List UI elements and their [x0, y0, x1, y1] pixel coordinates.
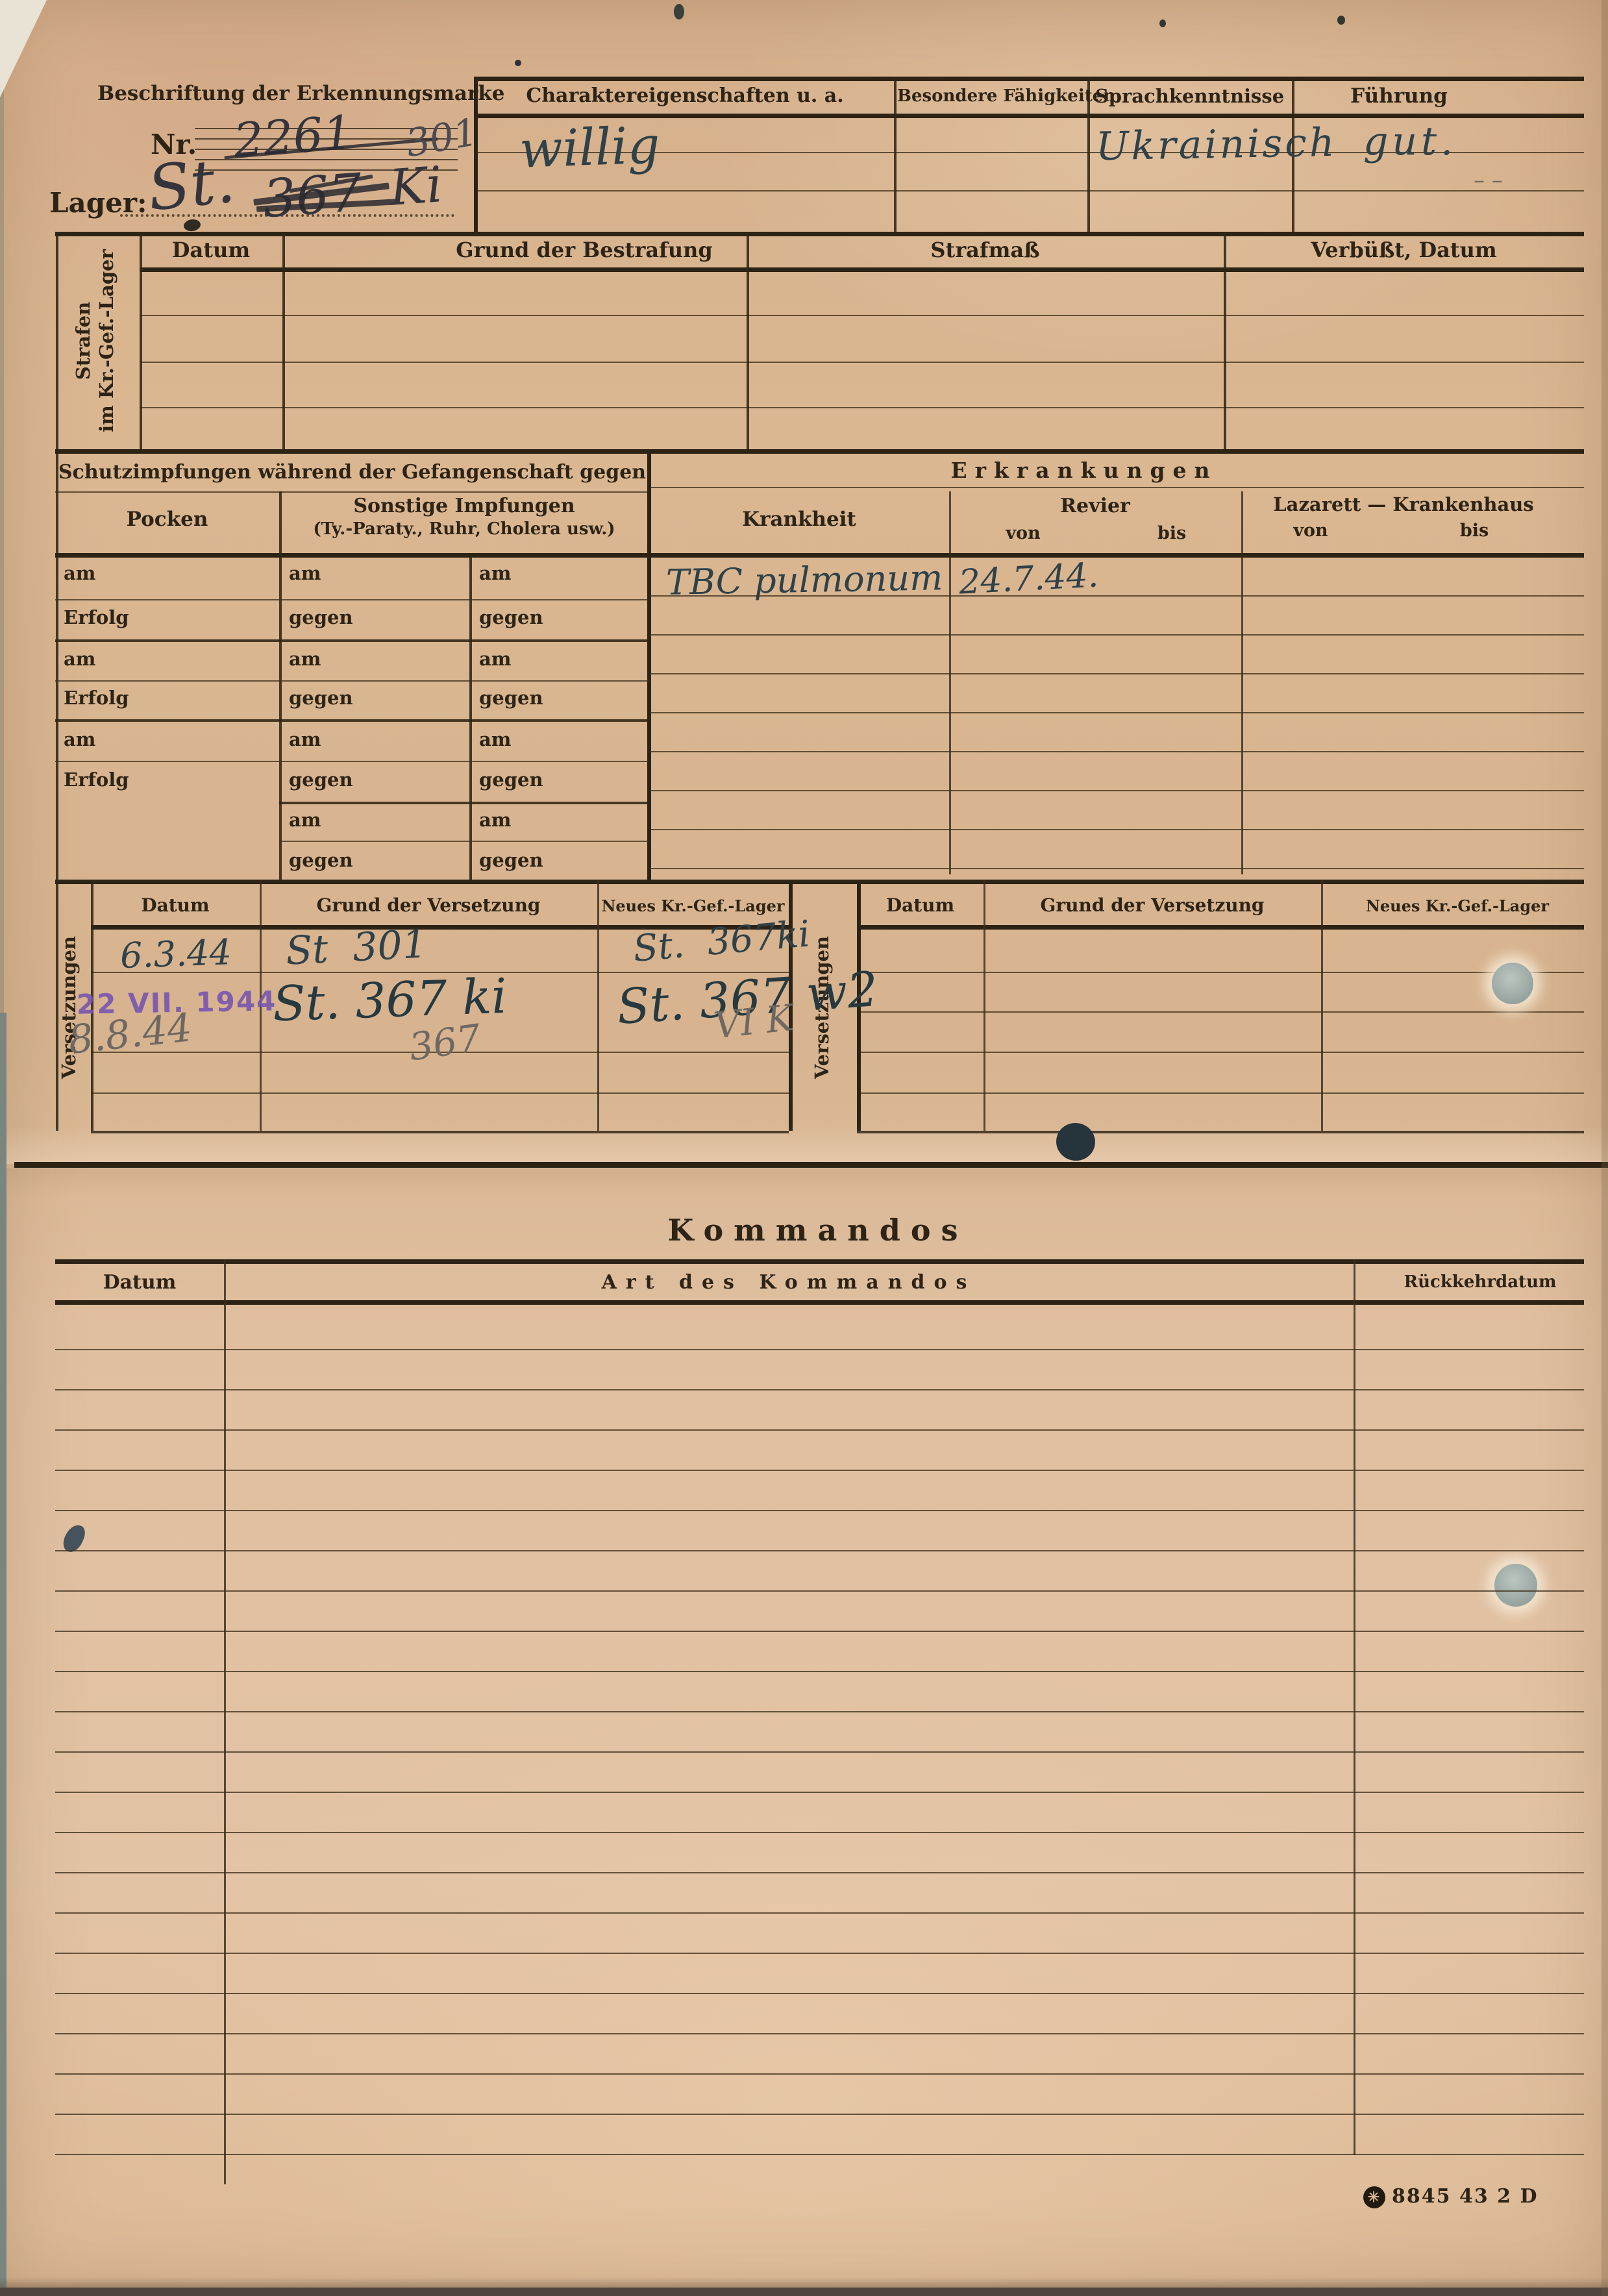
id-block-title: Beschriftung der Erkennungsmarke: [97, 82, 467, 105]
column-rule: [1224, 232, 1226, 449]
vacc-label-am: am: [289, 728, 321, 750]
fold-shadow: [0, 1168, 1608, 1196]
rule: [55, 1510, 1584, 1511]
rule: [55, 639, 649, 642]
rule: [649, 487, 1584, 488]
illnesses-revier-bis: bis: [1107, 523, 1237, 543]
vacc-label-am: am: [64, 562, 95, 584]
rule: [55, 1711, 1584, 1712]
rule: [55, 2073, 1584, 2075]
conduct-pencil-marks: – –: [1474, 167, 1503, 193]
rule: [140, 267, 1584, 272]
fold-crease: [0, 1126, 1608, 1164]
vacc-label-gegen: gegen: [289, 849, 353, 871]
rule: [55, 1912, 1584, 1914]
transfer-row3-grund-pencil: 367: [406, 1016, 484, 1070]
rule: [55, 1429, 1584, 1431]
transfer-row1-grund-handwritten: St 301: [284, 921, 428, 974]
column-rule: [747, 232, 749, 449]
vacc-label-gegen: gegen: [479, 849, 543, 871]
ink-spot: [674, 4, 684, 19]
rule: [649, 868, 1584, 869]
vacc-label-am: am: [289, 648, 321, 670]
illnesses-header-lazarett: Lazarett — Krankenhaus: [1241, 493, 1566, 515]
rule: [140, 315, 1584, 316]
rule: [474, 77, 1584, 81]
pow-record-card: Beschriftung der Erkennungsmarke Nr. 226…: [0, 0, 1608, 2296]
illnesses-title: Erkrankungen: [649, 458, 1519, 483]
rule: [55, 680, 649, 682]
column-rule: [140, 232, 142, 449]
rule: [649, 634, 1584, 636]
rule: [649, 712, 1584, 713]
rule: [55, 1470, 1584, 1471]
punch-hole: [1494, 1564, 1537, 1607]
kommandos-header-rueckkehr: Rückkehrdatum: [1363, 1272, 1597, 1292]
column-rule: [474, 77, 478, 232]
vacc-label-erfolg: Erfolg: [64, 769, 129, 791]
punch-hole: [1492, 963, 1533, 1004]
lager-value-suffix-handwritten: Ki: [388, 155, 444, 216]
vaccinations-header-sonstige: Sonstige Impfungen: [279, 495, 649, 517]
rule: [55, 491, 649, 493]
ink-spot: [515, 60, 521, 66]
transfers-left-header-neues: Neues Kr.-Gef.-Lager: [594, 896, 792, 915]
rule: [55, 2154, 1584, 2155]
illnesses-header-revier: Revier: [949, 495, 1241, 517]
vaccinations-header-sonstige-detail: (Ty.-Paraty., Ruhr, Cholera usw.): [279, 519, 649, 539]
rule: [55, 1872, 1584, 1873]
punishments-header-strafmass: Strafmaß: [747, 238, 1224, 262]
lager-value-prefix-handwritten: St.: [145, 145, 238, 225]
nr-value-handwritten: 2261: [232, 105, 354, 168]
vacc-label-gegen: gegen: [479, 687, 543, 709]
scanner-edge-left: [0, 1013, 6, 2296]
kommandos-header-art: Art des Kommandos: [224, 1271, 1354, 1294]
rule: [55, 1349, 1584, 1350]
vacc-label-gegen: gegen: [479, 606, 543, 628]
conduct-value-handwritten: gut.: [1363, 119, 1457, 164]
rule: [55, 1550, 1584, 1551]
rule: [857, 1011, 1584, 1013]
rule: [55, 1953, 1584, 1954]
rule: [55, 2114, 1584, 2115]
bottom-edge-shadow: [0, 2277, 1608, 2288]
illnesses-lazarett-bis: bis: [1409, 521, 1539, 541]
character-value-handwritten: willig: [518, 116, 660, 180]
punishments-side-label: Strafen im Kr.-Gef.-Lager: [71, 243, 123, 438]
rule: [279, 841, 649, 842]
vacc-label-am: am: [479, 648, 511, 670]
column-rule: [282, 232, 285, 449]
vacc-label-gegen: gegen: [289, 606, 353, 628]
rule: [55, 1590, 1584, 1592]
scanner-edge-left-upper: [0, 0, 4, 1013]
rule: [857, 1092, 1584, 1094]
vacc-label-gegen: gegen: [479, 769, 543, 791]
vaccinations-title: Schutzimpfungen während der Gefangenscha…: [55, 461, 649, 484]
vacc-label-erfolg: Erfolg: [64, 606, 129, 628]
ink-spot: [1159, 19, 1166, 27]
rule: [55, 449, 1584, 454]
print-code-text: 8845 43 2 D: [1392, 2185, 1538, 2208]
transfers-right-header-neues: Neues Kr.-Gef.-Lager: [1334, 896, 1581, 915]
transfer-row1-neues-handwritten: St. 367ki: [632, 913, 812, 970]
transfers-right-header-datum: Datum: [857, 895, 983, 916]
transfers-left-header-grund: Grund der Versetzung: [260, 895, 597, 916]
punishments-side-label-line1: Strafen: [71, 243, 95, 438]
bottom-edge: [0, 2288, 1608, 2296]
vacc-label-gegen: gegen: [289, 687, 353, 709]
punishments-header-datum: Datum: [140, 238, 282, 262]
rule: [55, 1993, 1584, 1994]
column-rule: [1354, 1259, 1355, 2155]
rule: [857, 925, 1584, 930]
rule: [55, 1671, 1584, 1672]
column-rule: [894, 77, 897, 232]
rule: [55, 1792, 1584, 1793]
rule: [857, 1052, 1584, 1053]
vacc-label-gegen: gegen: [289, 769, 353, 791]
card-fold-border: [14, 1162, 1608, 1168]
column-rule: [1241, 491, 1243, 874]
vacc-label-erfolg: Erfolg: [64, 687, 129, 709]
transfers-left-header-datum: Datum: [91, 895, 260, 916]
rule: [474, 190, 1584, 191]
rule: [140, 362, 1584, 363]
kommandos-title: Kommandos: [656, 1213, 980, 1248]
rule: [55, 880, 1584, 884]
print-code: ✳8845 43 2 D: [1363, 2185, 1538, 2208]
transfer-row3-neues-pencil: VI K: [712, 997, 795, 1047]
column-rule: [279, 491, 282, 880]
vacc-label-am: am: [289, 809, 321, 831]
vacc-label-am: am: [64, 648, 95, 670]
ink-spot: [1337, 16, 1345, 25]
rule: [55, 599, 649, 600]
rule: [55, 1832, 1584, 1833]
language-value-handwritten: Ukrainisch: [1095, 120, 1337, 169]
rule: [279, 802, 649, 804]
illnesses-lazarett-von: von: [1246, 521, 1376, 541]
printer-mark-icon: ✳: [1363, 2186, 1385, 2208]
punishments-side-label-line2: im Kr.-Gef.-Lager: [95, 243, 118, 438]
rule: [91, 1092, 789, 1094]
column-rule: [469, 553, 472, 880]
rule: [55, 1751, 1584, 1753]
traits-header-character: Charaktereigenschaften u. a.: [480, 84, 889, 107]
rule: [55, 2033, 1584, 2034]
rule: [55, 1631, 1584, 1632]
column-rule: [983, 880, 985, 1131]
column-rule: [597, 880, 599, 1131]
rule: [649, 673, 1584, 674]
illnesses-revier-von: von: [958, 523, 1088, 543]
rule: [140, 407, 1584, 408]
vacc-label-am: am: [479, 562, 511, 584]
torn-corner: [0, 0, 47, 97]
rule: [649, 595, 1584, 597]
vacc-label-am: am: [289, 562, 321, 584]
column-rule: [224, 1259, 226, 2184]
transfers-right-header-grund: Grund der Versetzung: [983, 895, 1321, 916]
rule: [649, 751, 1584, 752]
rule: [55, 719, 649, 722]
column-rule: [949, 491, 951, 874]
column-rule: [1321, 880, 1323, 1131]
traits-header-conduct: Führung: [1292, 84, 1506, 108]
punishments-header-verbuesst: Verbüßt, Datum: [1224, 238, 1584, 262]
transfer-row1-datum-handwritten: 6.3.44: [119, 932, 232, 976]
rule: [55, 761, 649, 762]
vacc-label-am: am: [64, 728, 95, 750]
illnesses-header-krankheit: Krankheit: [649, 508, 949, 531]
vacc-label-am: am: [479, 809, 511, 831]
traits-header-languages: Sprachkenntnisse: [1087, 85, 1292, 107]
rule: [649, 829, 1584, 830]
rule: [857, 972, 1584, 973]
rule: [55, 1389, 1584, 1390]
vaccinations-header-pocken: Pocken: [55, 508, 279, 531]
vacc-label-am: am: [479, 728, 511, 750]
right-edge-shadow: [1602, 0, 1608, 2296]
rule: [649, 790, 1584, 791]
kommandos-header-datum: Datum: [58, 1271, 221, 1294]
traits-header-abilities: Besondere Fähigkeiten: [897, 86, 1085, 106]
rule: [55, 553, 1584, 558]
